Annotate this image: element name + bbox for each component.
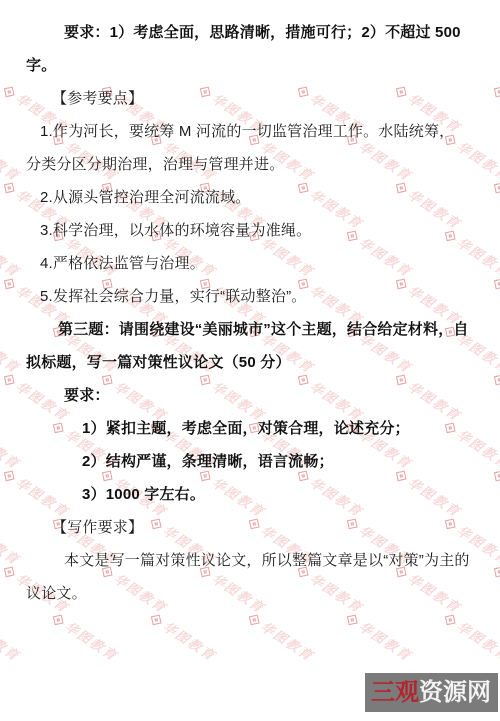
watermark-diamond-icon bbox=[347, 615, 358, 626]
document-content: 要求：1）考虑全面，思路清晰，措施可行；2）不超过 500 字。 【参考要点】 … bbox=[0, 0, 500, 610]
watermark-text: 华图教育 bbox=[455, 620, 500, 664]
watermark-unit: 华图教育 bbox=[51, 612, 120, 663]
task2-requirements-line: 要求：1）考虑全面，思路清晰，措施可行；2）不超过 500 字。 bbox=[26, 16, 472, 82]
watermark-diamond-icon bbox=[249, 615, 260, 626]
watermark-text: 华图教育 bbox=[357, 620, 414, 664]
watermark-unit: 华图教育 bbox=[0, 612, 22, 663]
reference-point-1: 1.作为河长，要统筹 M 河流的一切监管治理工作。水陆统筹，分类分区分期治理，治… bbox=[26, 115, 458, 181]
reference-point-5: 5.发挥社会综合力量，实行“联动整治”。 bbox=[26, 280, 458, 313]
watermark-unit: 华图教育 bbox=[247, 612, 316, 663]
task3-requirement-2: 2）结构严谨，条理清晰，语言流畅； bbox=[26, 445, 472, 478]
watermark-diamond-icon bbox=[151, 615, 162, 626]
task3-requirement-3: 3）1000 字左右。 bbox=[26, 478, 472, 511]
writing-requirements-heading: 【写作要求】 bbox=[26, 511, 472, 544]
watermark-text: 华图教育 bbox=[161, 620, 218, 664]
watermark-unit: 华图教育 bbox=[149, 612, 218, 663]
watermark-unit: 华图教育 bbox=[345, 612, 414, 663]
watermark-text: 华图教育 bbox=[0, 620, 22, 664]
task3-requirement-1: 1）紧扣主题，考虑全面，对策合理，论述充分； bbox=[26, 412, 472, 445]
reference-point-2: 2.从源头管控治理全河流流域。 bbox=[26, 181, 458, 214]
watermark-text: 华图教育 bbox=[259, 620, 316, 664]
site-logo-text-white: 资源网 bbox=[419, 673, 491, 712]
task3-title-line: 第三题：请围绕建设“美丽城市”这个主题，结合给定材料，自拟标题，写一篇对策性议论… bbox=[26, 313, 472, 379]
site-logo: 三观 资源网 bbox=[365, 673, 498, 712]
reference-point-3: 3.科学治理，以水体的环境容量为准绳。 bbox=[26, 214, 458, 247]
reference-points-heading: 【参考要点】 bbox=[26, 82, 472, 115]
watermark-unit: 华图教育 bbox=[443, 612, 500, 663]
site-logo-text-red: 三观 bbox=[371, 673, 419, 712]
watermark-text: 华图教育 bbox=[63, 620, 120, 664]
writing-requirements-body: 本文是写一篇对策性议论文，所以整篇文章是以“对策”为主的议论文。 bbox=[26, 544, 472, 610]
document-page: 华图教育华图教育华图教育华图教育华图教育华图教育华图教育华图教育华图教育华图教育… bbox=[0, 0, 500, 721]
task3-requirements-label: 要求： bbox=[26, 379, 472, 412]
watermark-diamond-icon bbox=[445, 615, 456, 626]
reference-point-4: 4.严格依法监管与治理。 bbox=[26, 247, 458, 280]
watermark-diamond-icon bbox=[53, 615, 64, 626]
